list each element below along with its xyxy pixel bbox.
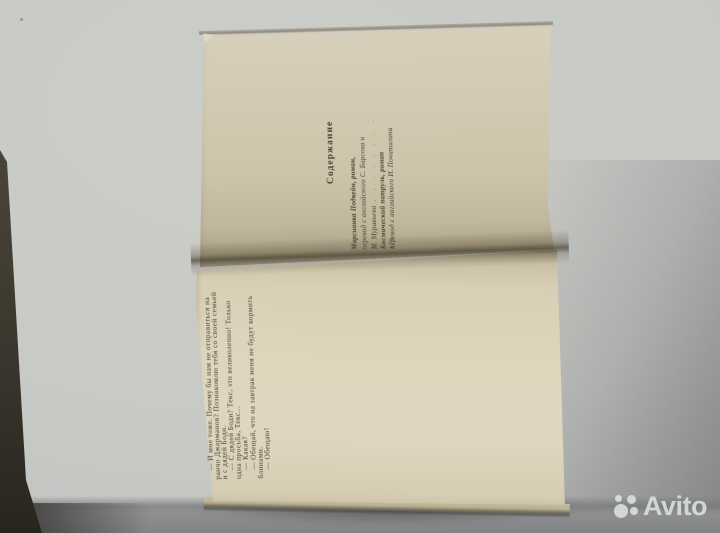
avito-logo-icon [598, 482, 642, 522]
book-right-page [196, 22, 558, 272]
avito-logo-dot [615, 495, 622, 502]
wall-speck [20, 18, 23, 21]
dark-furniture-edge [0, 150, 42, 533]
avito-logo-dot [614, 504, 628, 518]
avito-brand-text: Avito [643, 493, 707, 520]
avito-watermark: Avito [598, 482, 720, 526]
book-photo: — И мне тоже. Почему бы нам не отправить… [0, 0, 720, 533]
avito-logo-dot [627, 495, 636, 504]
book-left-page [193, 246, 571, 512]
avito-logo-dot [630, 507, 638, 515]
